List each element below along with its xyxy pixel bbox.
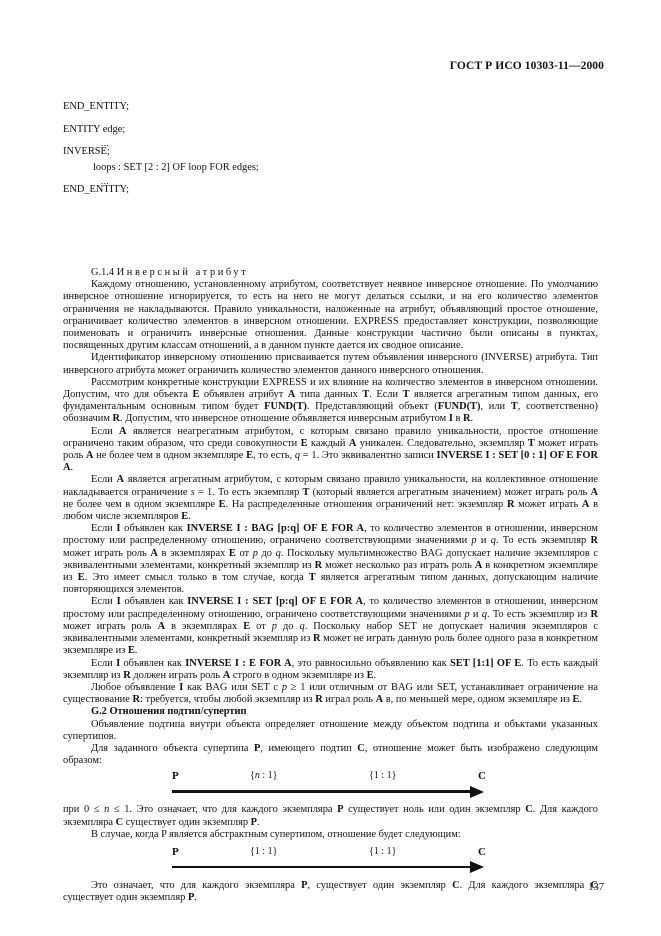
code-line: END_ENTITY; <box>63 184 129 196</box>
paragraph: Рассмотрим конкретные конструкции EXPRES… <box>63 377 598 426</box>
code-line: END_ENTITY; <box>63 101 129 113</box>
cardinality-label: {n : 1} <box>250 770 277 782</box>
cardinality-label: {1 : 1} <box>250 846 277 858</box>
paragraph: Объявление подтипа внутри объекта опреде… <box>63 719 598 743</box>
diagram-node-p: P <box>172 846 179 858</box>
paragraph: Если I объявлен как INVERSE I : BAG [p:q… <box>63 523 598 596</box>
code-line: INVERSE; <box>63 146 110 158</box>
page-header: ГОСТ Р ИСО 10303-11—2000 <box>450 60 604 72</box>
arrow-head-icon <box>470 861 484 873</box>
arrow-line <box>172 866 472 869</box>
paragraph: Если A является агрегатным атрибутом, с … <box>63 474 598 523</box>
paragraph: Если I объявлен как INVERSE I : SET [p:q… <box>63 596 598 657</box>
relationship-diagram-2: P {1 : 1} {1 : 1} C <box>172 846 490 880</box>
arrow-head-icon <box>470 786 484 798</box>
section-heading-g14: G.1.4 Инверсный атрибут <box>63 267 598 279</box>
diagram-node-p: P <box>172 770 179 782</box>
paragraph: Любое объявление I как BAG или SET с p ≥… <box>63 682 598 706</box>
paragraph: Это означает, что для каждого экземпляра… <box>63 880 598 904</box>
paragraph: Для заданного объекта супертипа P, имеющ… <box>63 743 598 767</box>
paragraph: Идентификатор инверсному отношению присв… <box>63 352 598 376</box>
document-body: G.1.4 Инверсный атрибут Каждому отношени… <box>63 267 598 904</box>
paragraph: Если I объявлен как INVERSE I : E FOR A,… <box>63 658 598 682</box>
diagram-node-c: C <box>478 770 486 782</box>
section-heading-g2: G.2 Отношения подтип/супертип <box>63 706 598 718</box>
paragraph: В случае, когда P является абстрактным с… <box>63 829 598 841</box>
diagram-node-c: C <box>478 846 486 858</box>
paragraph: Если A является неагрегатным атрибутом, … <box>63 426 598 475</box>
cardinality-label: {1 : 1} <box>369 846 396 858</box>
code-line: ENTITY edge; <box>63 124 125 136</box>
arrow-line <box>172 790 472 793</box>
page-number: 137 <box>588 882 604 894</box>
code-line: loops : SET [2 : 2] OF loop FOR edges; <box>93 162 259 174</box>
relationship-diagram-1: P {n : 1} {1 : 1} C <box>172 770 490 804</box>
paragraph: Каждому отношению, установленному атрибу… <box>63 279 598 352</box>
paragraph: при 0 ≤ n ≤ 1. Это означает, что для каж… <box>63 804 598 828</box>
cardinality-label: {1 : 1} <box>369 770 396 782</box>
